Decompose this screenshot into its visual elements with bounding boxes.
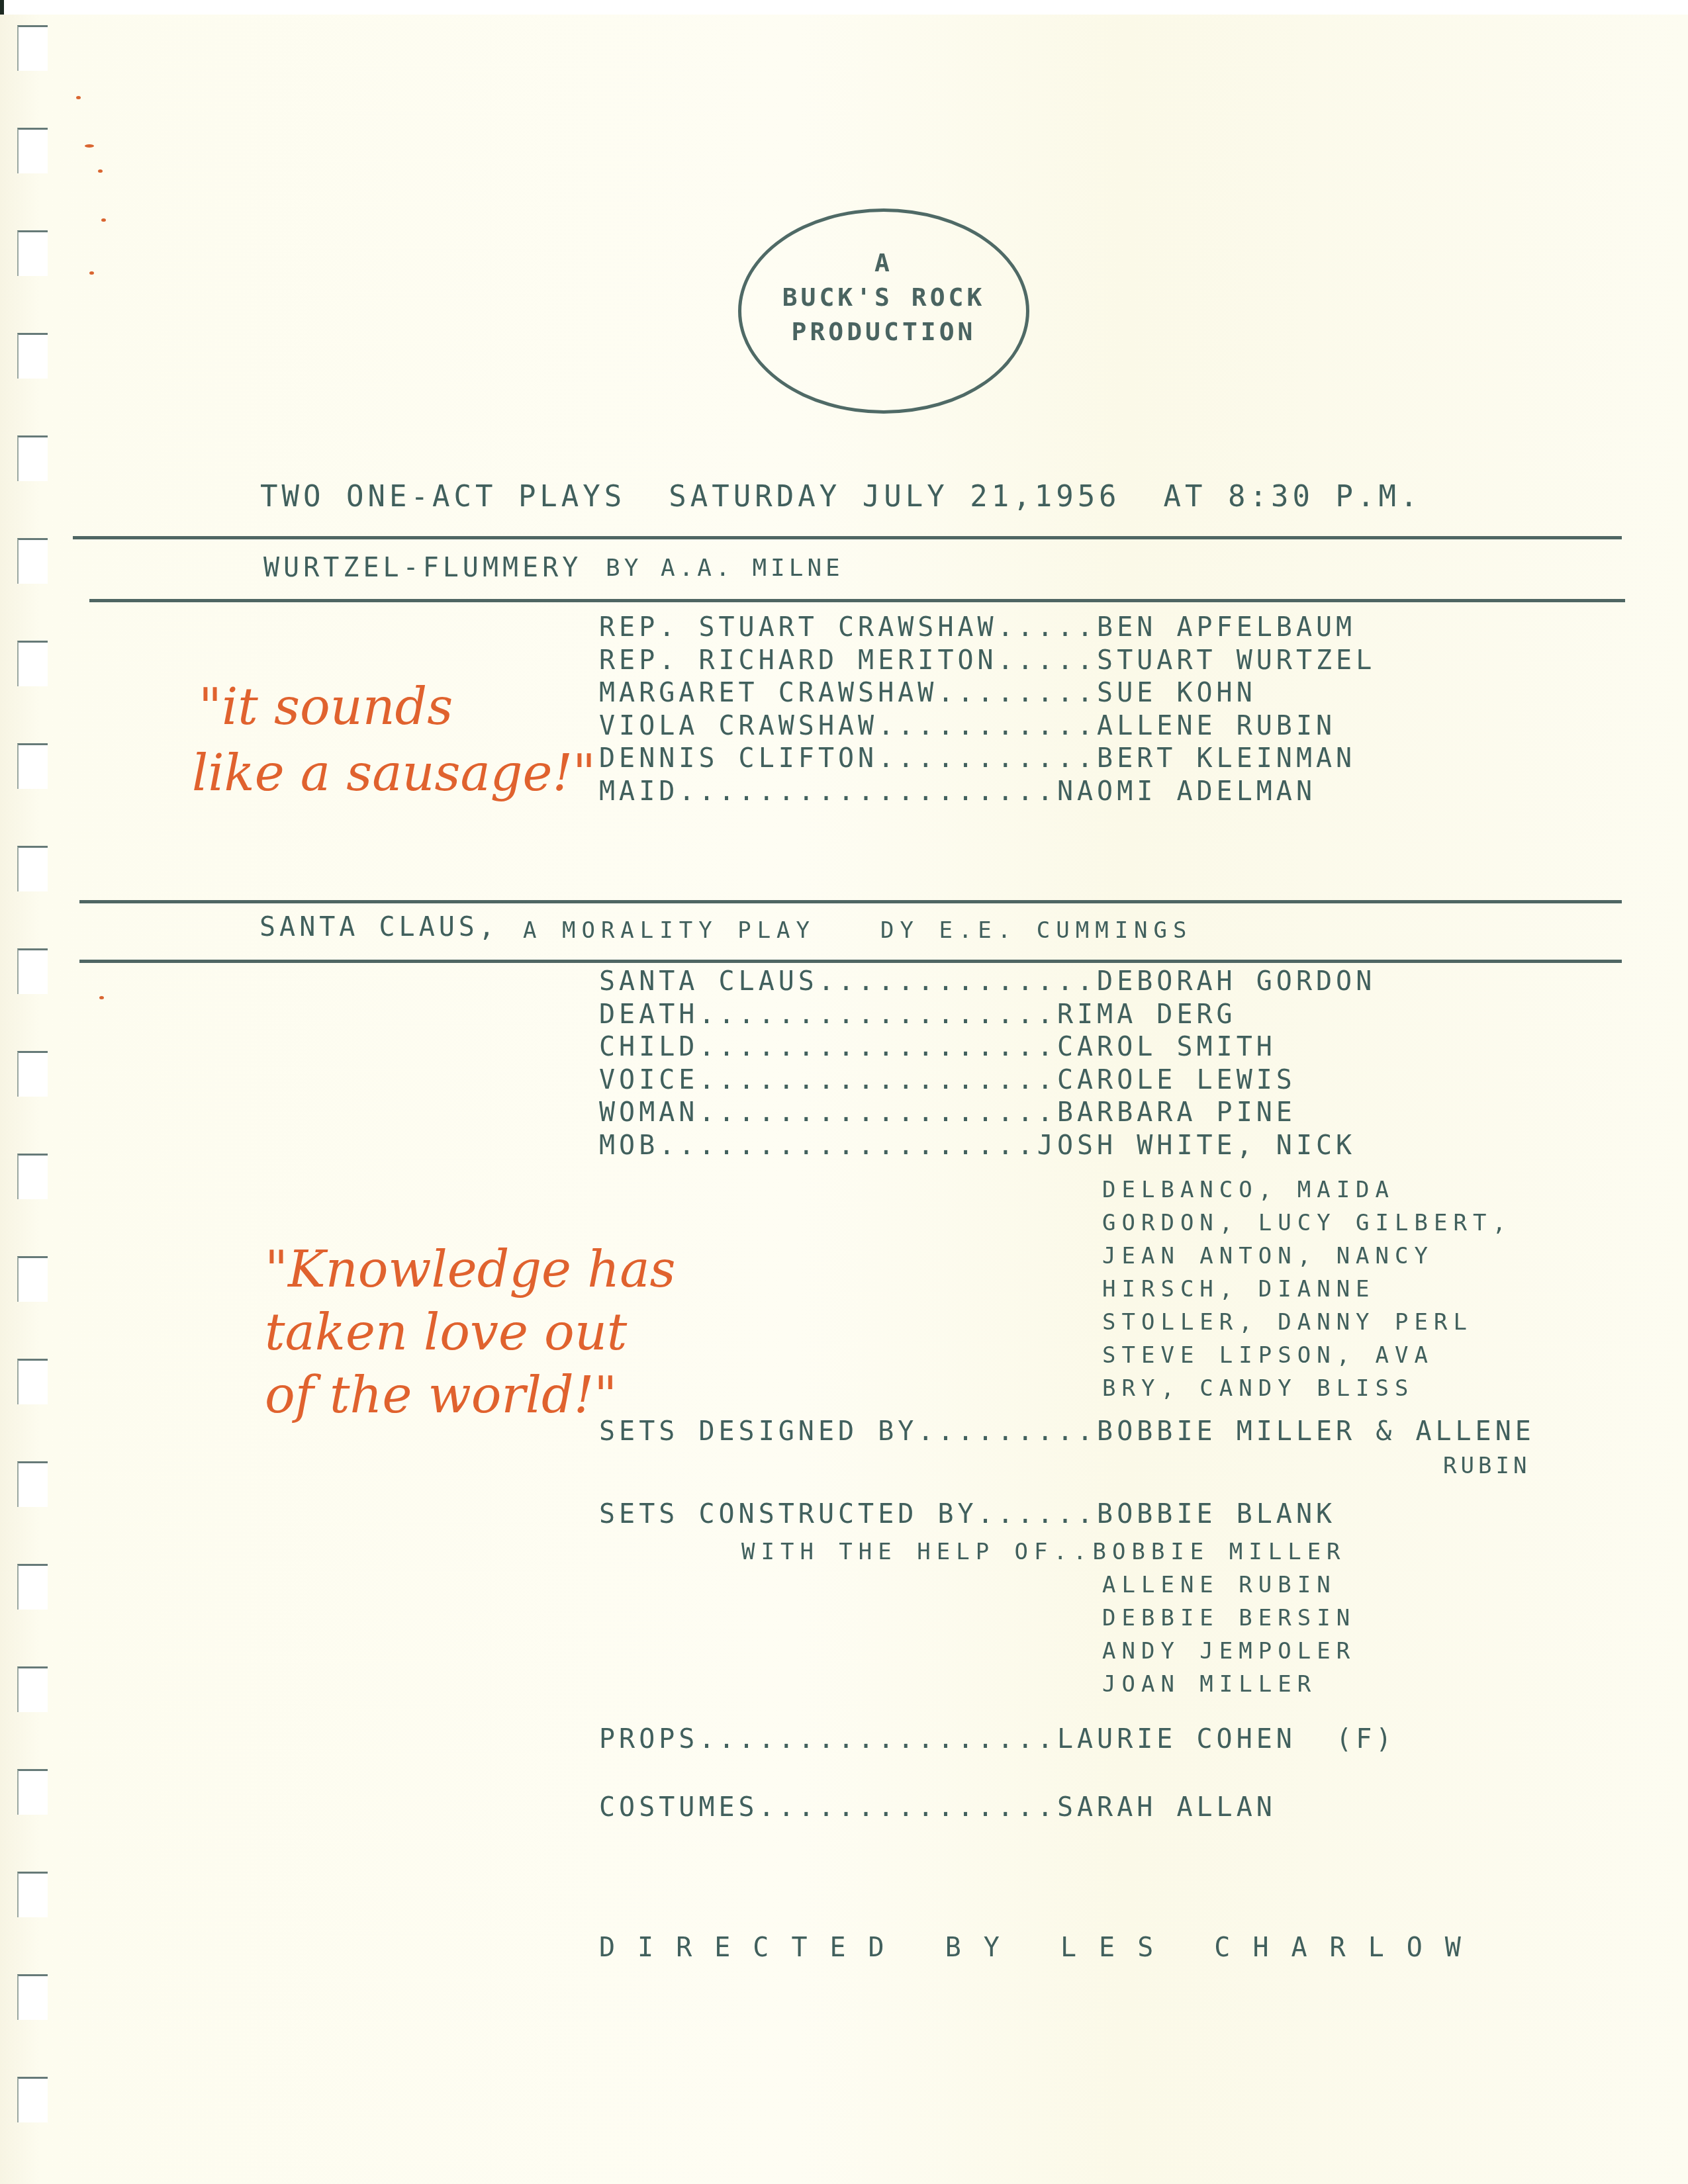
- cast-actor: NAOMI ADELMAN: [1057, 776, 1316, 807]
- binder-hole: [17, 1769, 48, 1815]
- cast-dots: ..................: [698, 1097, 1056, 1128]
- binder-hole: [17, 846, 48, 891]
- props-credit: PROPS..................LAURIE COHEN (F): [599, 1724, 1395, 1754]
- cast-row: DEATH..................RIMA DERG: [599, 999, 1237, 1030]
- play1-byline: BY A.A. MILNE: [606, 555, 844, 582]
- binder-hole: [17, 1974, 48, 2020]
- rule-2: [89, 599, 1625, 602]
- cast-actor: DEBORAH GORDON: [1097, 966, 1376, 997]
- stamp-line-1: A: [738, 248, 1029, 277]
- cast-dots: ..................: [698, 1065, 1056, 1095]
- scan-top-strip: [0, 0, 1688, 15]
- rule-1: [73, 536, 1622, 539]
- cast-role: MOB: [599, 1130, 659, 1161]
- cast-dots: ..............: [818, 966, 1097, 997]
- sets-constructed-label: SETS CONSTRUCTED BY......BOBBIE BLANK: [599, 1499, 1336, 1529]
- binder-hole: [17, 1564, 48, 1610]
- cast-actor: BERT KLEINMAN: [1097, 743, 1356, 774]
- program-headline: TWO ONE-ACT PLAYS SATURDAY JULY 21,1956 …: [260, 480, 1421, 514]
- ink-speck: [101, 218, 106, 222]
- binder-hole: [17, 1666, 48, 1712]
- rule-4: [79, 960, 1622, 963]
- cast-actor: STUART WURTZEL: [1097, 645, 1376, 676]
- mob-member-line: STOLLER, DANNY PERL: [1102, 1309, 1473, 1336]
- cast-actor: BARBARA PINE: [1057, 1097, 1296, 1128]
- helpers-label: WITH THE HELP OF..BOBBIE MILLER: [741, 1539, 1346, 1565]
- play2-title: SANTA CLAUS,: [259, 912, 498, 942]
- ink-speck: [89, 271, 94, 275]
- cast-row: REP. STUART CRAWSHAW.....BEN APFELBAUM: [599, 612, 1356, 643]
- binder-hole: [17, 538, 48, 584]
- cast-dots: ...........: [878, 743, 1097, 774]
- mob-member-line: HIRSCH, DIANNE: [1102, 1276, 1376, 1302]
- stamp-line-2: BUCK'S ROCK: [738, 283, 1029, 312]
- binder-hole: [17, 743, 48, 789]
- helper-name: DEBBIE BERSIN: [1102, 1605, 1356, 1631]
- cast-actor: CAROL SMITH: [1057, 1032, 1276, 1062]
- helper-name: JOAN MILLER: [1102, 1671, 1317, 1698]
- cast-row: VOICE..................CAROLE LEWIS: [599, 1065, 1296, 1095]
- director-credit: DIRECTED BY LES CHARLOW: [599, 1933, 1483, 1963]
- scan-edge: [0, 0, 4, 15]
- binder-hole: [17, 230, 48, 276]
- mob-member-line: JEAN ANTON, NANCY: [1102, 1243, 1434, 1269]
- mob-member-line: BRY, CANDY BLISS: [1102, 1375, 1415, 1402]
- handwritten-note-1-line-1: "it sounds: [199, 682, 453, 732]
- cast-role: VIOLA CRAWSHAW: [599, 711, 878, 741]
- binder-hole: [17, 128, 48, 173]
- cast-role: REP. RICHARD MERITON: [599, 645, 998, 676]
- helper-name: ANDY JEMPOLER: [1102, 1638, 1356, 1664]
- cast-row: CHILD..................CAROL SMITH: [599, 1032, 1276, 1062]
- cast-actor: ALLENE RUBIN: [1097, 711, 1336, 741]
- cast-dots: ........: [937, 678, 1097, 708]
- cast-row: WOMAN..................BARBARA PINE: [599, 1097, 1296, 1128]
- cast-actor: JOSH WHITE, NICK: [1037, 1130, 1356, 1161]
- mob-member-line: DELBANCO, MAIDA: [1102, 1177, 1395, 1203]
- cast-row: SANTA CLAUS..............DEBORAH GORDON: [599, 966, 1376, 997]
- cast-role: DENNIS CLIFTON: [599, 743, 878, 774]
- binder-hole: [17, 948, 48, 994]
- cast-actor: SUE KOHN: [1097, 678, 1256, 708]
- cast-actor: BEN APFELBAUM: [1097, 612, 1356, 643]
- binder-hole: [17, 333, 48, 379]
- ink-speck: [98, 169, 103, 173]
- handwritten-note-2-line-1: "Knowledge has: [265, 1244, 675, 1295]
- cast-role: VOICE: [599, 1065, 698, 1095]
- costumes-credit: COSTUMES...............SARAH ALLAN: [599, 1792, 1276, 1823]
- cast-row: REP. RICHARD MERITON.....STUART WURTZEL: [599, 645, 1376, 676]
- cast-dots: ...........: [878, 711, 1097, 741]
- handwritten-note-1-line-2: like a sausage!": [192, 748, 596, 798]
- binder-hole: [17, 25, 48, 71]
- cast-row: DENNIS CLIFTON...........BERT KLEINMAN: [599, 743, 1356, 774]
- cast-row: MOB...................JOSH WHITE, NICK: [599, 1130, 1356, 1161]
- cast-dots: .....: [998, 612, 1097, 643]
- cast-row: MAID...................NAOMI ADELMAN: [599, 776, 1316, 807]
- sets-designed-label: SETS DESIGNED BY.........BOBBIE MILLER &…: [599, 1416, 1535, 1447]
- cast-dots: .....: [998, 645, 1097, 676]
- ink-speck: [99, 996, 104, 999]
- binder-hole: [17, 1872, 48, 1917]
- ink-speck: [85, 144, 94, 148]
- binder-hole: [17, 1359, 48, 1404]
- cast-row: MARGARET CRAWSHAW........SUE KOHN: [599, 678, 1256, 708]
- binder-hole: [17, 2077, 48, 2122]
- binder-hole: [17, 1154, 48, 1199]
- mob-member-line: STEVE LIPSON, AVA: [1102, 1342, 1434, 1369]
- cast-role: MARGARET CRAWSHAW: [599, 678, 937, 708]
- cast-row: VIOLA CRAWSHAW...........ALLENE RUBIN: [599, 711, 1336, 741]
- handwritten-note-2-line-3: of the world!": [265, 1370, 617, 1420]
- cast-role: REP. STUART CRAWSHAW: [599, 612, 998, 643]
- cast-role: CHILD: [599, 1032, 698, 1062]
- cast-role: SANTA CLAUS: [599, 966, 818, 997]
- handwritten-note-2-line-2: taken love out: [265, 1307, 627, 1357]
- binder-hole: [17, 1256, 48, 1302]
- cast-dots: ...................: [679, 776, 1057, 807]
- play2-subtitle: A MORALITY PLAY: [523, 917, 816, 944]
- play1-title: WURTZEL-FLUMMERY: [263, 553, 582, 583]
- binder-hole: [17, 641, 48, 686]
- cast-dots: ...................: [659, 1130, 1037, 1161]
- cast-role: WOMAN: [599, 1097, 698, 1128]
- binder-hole: [17, 1461, 48, 1507]
- play2-byline: DY E.E. CUMMINGS: [880, 917, 1193, 944]
- helper-name: ALLENE RUBIN: [1102, 1572, 1336, 1598]
- cast-actor: CAROLE LEWIS: [1057, 1065, 1296, 1095]
- cast-role: MAID: [599, 776, 679, 807]
- mob-member-line: GORDON, LUCY GILBERT,: [1102, 1210, 1512, 1236]
- cast-actor: RIMA DERG: [1057, 999, 1237, 1030]
- binder-hole: [17, 435, 48, 481]
- binder-hole: [17, 1051, 48, 1097]
- rule-3: [79, 900, 1622, 903]
- stamp-line-3: PRODUCTION: [738, 317, 1029, 346]
- cast-role: DEATH: [599, 999, 698, 1030]
- cast-dots: ..................: [698, 1032, 1056, 1062]
- ink-speck: [76, 96, 81, 99]
- cast-dots: ..................: [698, 999, 1056, 1030]
- sets-designed-continued: RUBIN: [1443, 1453, 1530, 1479]
